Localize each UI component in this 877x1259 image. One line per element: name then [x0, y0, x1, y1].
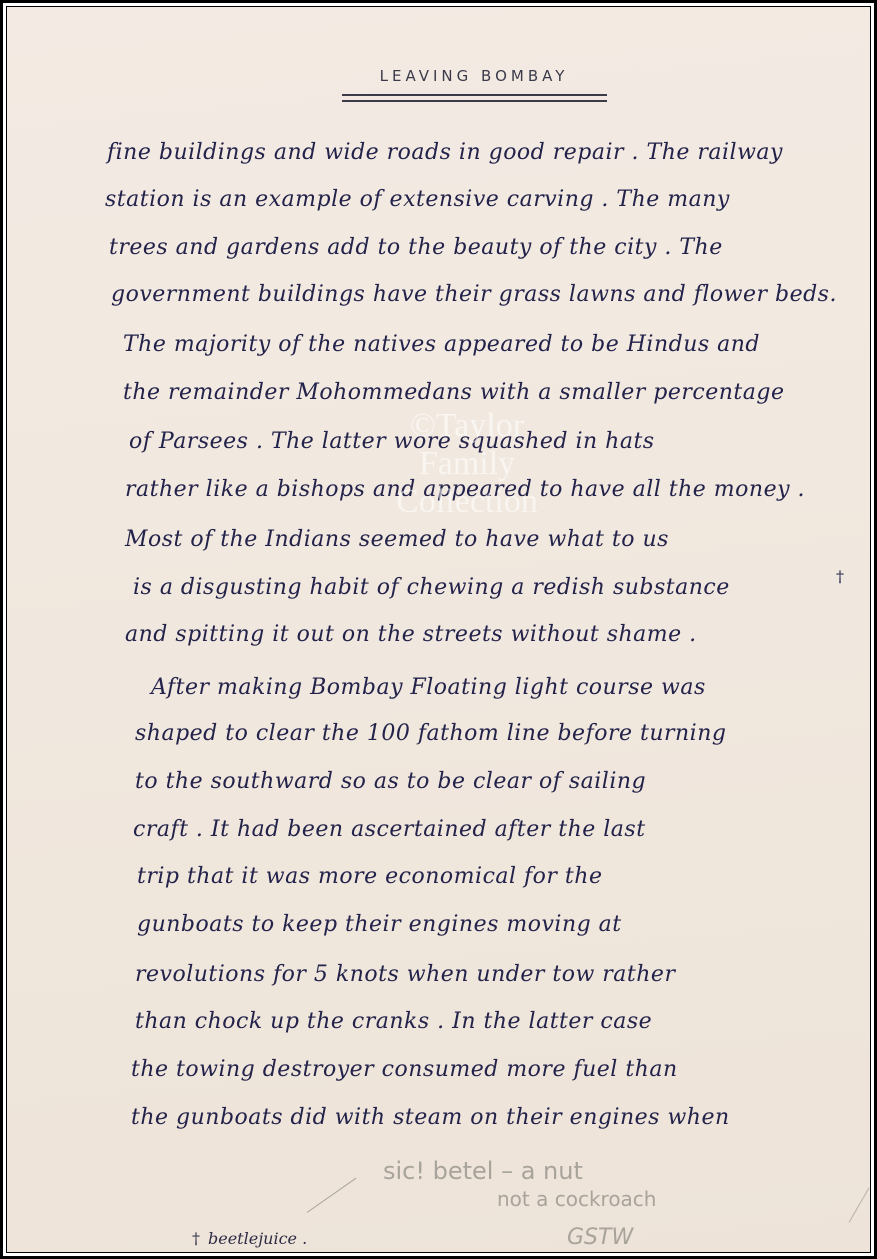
manuscript-line: revolutions for 5 knots when under tow r…	[135, 962, 675, 987]
manuscript-line: After making Bombay Floating light cours…	[151, 675, 706, 700]
manuscript-line: of Parsees . The latter wore squashed in…	[129, 429, 655, 454]
pencil-annotation-initials: GSTW	[567, 1225, 633, 1250]
copyright-watermark: ©Taylor Family Collection	[337, 407, 597, 521]
title-underline-second	[342, 100, 607, 102]
manuscript-line: gunboats to keep their engines moving at	[137, 912, 622, 937]
pencil-annotation-line2: not a cockroach	[497, 1187, 656, 1211]
manuscript-line: than chock up the cranks . In the latter…	[135, 1009, 652, 1034]
manuscript-line: government buildings have their grass la…	[111, 282, 837, 307]
footnote-dagger-mark: †	[836, 567, 844, 586]
manuscript-line: Most of the Indians seemed to have what …	[125, 527, 669, 552]
manuscript-line: station is an example of extensive carvi…	[105, 187, 730, 212]
page-title: LEAVING BOMBAY	[339, 67, 609, 85]
manuscript-page: LEAVING BOMBAY fine buildings and wide r…	[7, 7, 870, 1252]
manuscript-line: fine buildings and wide roads in good re…	[107, 140, 783, 165]
manuscript-line: The majority of the natives appeared to …	[123, 332, 760, 357]
paper-crease	[849, 1188, 870, 1223]
footnote-text: beetlejuice .	[208, 1229, 307, 1248]
pencil-annotation-line1: sic! betel – a nut	[383, 1157, 583, 1185]
manuscript-line: trip that it was more economical for the	[137, 864, 602, 889]
manuscript-line: is a disgusting habit of chewing a redis…	[133, 575, 730, 600]
manuscript-line: shaped to clear the 100 fathom line befo…	[135, 721, 726, 746]
manuscript-line: rather like a bishops and appeared to ha…	[125, 477, 805, 502]
footnote: †beetlejuice .	[192, 1229, 307, 1248]
manuscript-line: the towing destroyer consumed more fuel …	[131, 1057, 678, 1082]
document-frame: LEAVING BOMBAY fine buildings and wide r…	[0, 0, 877, 1259]
manuscript-line: to the southward so as to be clear of sa…	[135, 769, 646, 794]
title-underline	[342, 94, 607, 96]
manuscript-line: the gunboats did with steam on their eng…	[131, 1105, 730, 1130]
pencil-stroke	[307, 1178, 357, 1213]
footnote-dagger: †	[192, 1229, 200, 1248]
manuscript-line: trees and gardens add to the beauty of t…	[109, 235, 723, 260]
manuscript-line: craft . It had been ascertained after th…	[133, 817, 646, 842]
manuscript-line: and spitting it out on the streets witho…	[125, 622, 697, 647]
manuscript-line: the remainder Mohommedans with a smaller…	[123, 380, 784, 405]
